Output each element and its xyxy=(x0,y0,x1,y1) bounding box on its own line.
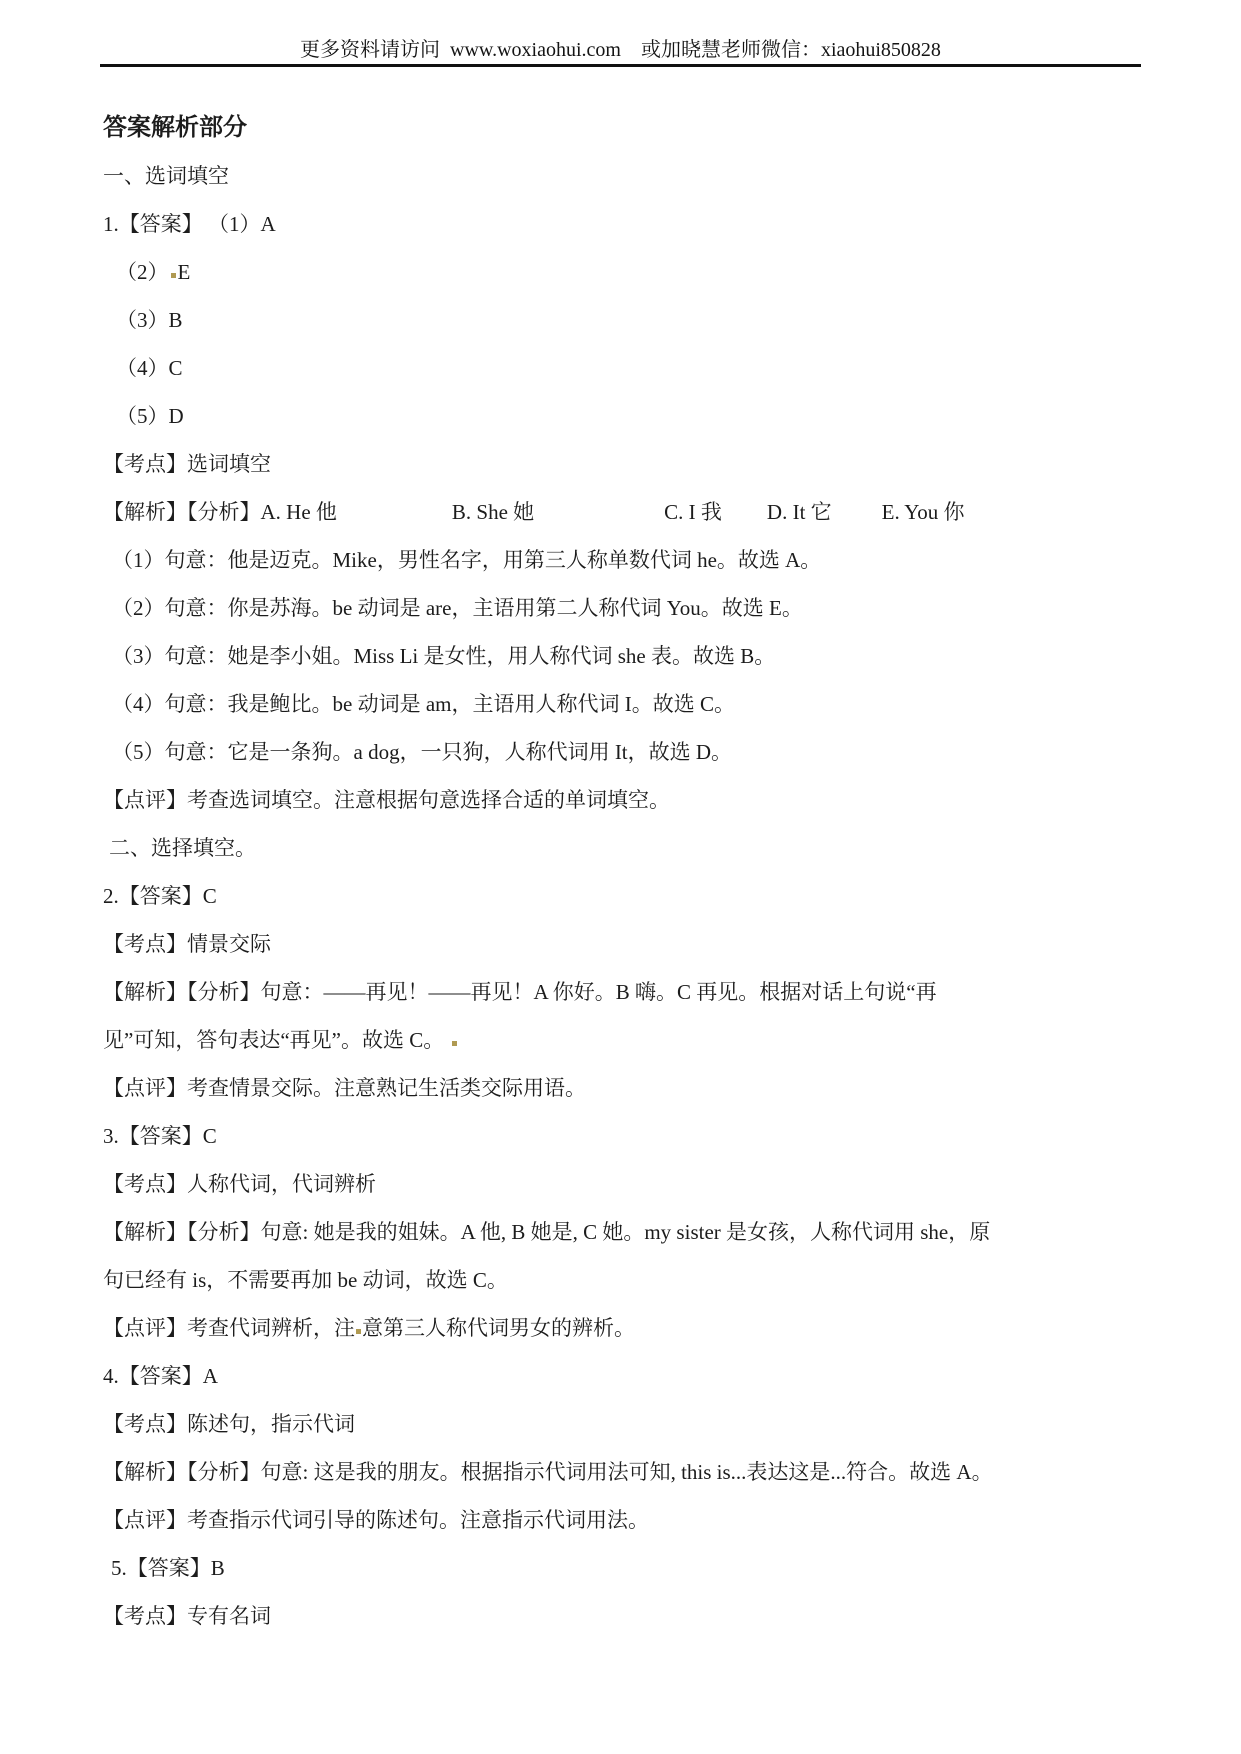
text-segment: 【点评】考查指示代词引导的陈述句。注意指示代词用法。 xyxy=(103,1508,649,1532)
text-segment: （4）C xyxy=(116,356,183,380)
text-segment: 【点评】考查情景交际。注意熟记生活类交际用语。 xyxy=(103,1076,586,1100)
text-segment: 句已经有 is，不需要再加 be 动词，故选 C。 xyxy=(103,1268,508,1292)
text-segment: 【考点】人称代词，代词辨析 xyxy=(103,1172,376,1196)
text-segment: E. You 你 xyxy=(882,500,965,524)
q2-answer: 2.【答案】C xyxy=(103,872,1165,920)
text-segment: 2.【答案】C xyxy=(103,884,217,908)
text-segment: 【点评】考查选词填空。注意根据句意选择合适的单词填空。 xyxy=(103,788,670,812)
q5-kaodian: 【考点】专有名词 xyxy=(103,1592,1165,1640)
q1-dianping: 【点评】考查选词填空。注意根据句意选择合适的单词填空。 xyxy=(103,776,1165,824)
q1-explain-2: （2）句意：你是苏海。be 动词是 are，主语用第二人称代词 You。故选 E… xyxy=(103,584,1165,632)
text-segment: 【点评】考查代词辨析，注 xyxy=(103,1316,355,1340)
text-segment: D. It 它 xyxy=(767,500,832,524)
text-segment: 【考点】专有名词 xyxy=(103,1604,271,1628)
q3-answer: 3.【答案】C xyxy=(103,1112,1165,1160)
document-page: 更多资料请访问 www.woxiaohui.com 或加晓慧老师微信：xiaoh… xyxy=(0,0,1241,1754)
header-rule xyxy=(100,64,1141,67)
artifact-dot xyxy=(452,1041,457,1046)
text-segment: C. I 我 xyxy=(664,500,722,524)
text-segment: 【解析】【分析】句意: 这是我的朋友。根据指示代词用法可知, this is..… xyxy=(103,1460,993,1484)
text-segment: （2） xyxy=(116,260,169,284)
text-segment: 【解析】【分析】句意: 她是我的姐妹。A 他, B 她是, C 她。my sis… xyxy=(103,1220,990,1244)
q1-answer-5: （5）D xyxy=(103,392,1165,440)
text-segment: 5.【答案】B xyxy=(111,1556,225,1580)
q4-kaodian: 【考点】陈述句，指示代词 xyxy=(103,1400,1165,1448)
q2-jiexi-2: 见”可知，答句表达“再见”。故选 C。 xyxy=(103,1016,1165,1064)
text-segment: 【解析】【分析】A. He 他 xyxy=(103,500,337,524)
q1-answer-1: 1.【答案】 （1）A xyxy=(103,200,1165,248)
q4-jiexi: 【解析】【分析】句意: 这是我的朋友。根据指示代词用法可知, this is..… xyxy=(103,1448,1165,1496)
text-segment: （4）句意：我是鲍比。be 动词是 am，主语用人称代词 I。故选 C。 xyxy=(112,692,735,716)
q2-kaodian: 【考点】情景交际 xyxy=(103,920,1165,968)
text-segment: 【考点】选词填空 xyxy=(103,452,271,476)
q4-answer: 4.【答案】A xyxy=(103,1352,1165,1400)
q1-explain-5: （5）句意：它是一条狗。a dog，一只狗，人称代词用 It，故选 D。 xyxy=(103,728,1165,776)
q3-kaodian: 【考点】人称代词，代词辨析 xyxy=(103,1160,1165,1208)
text-segment: 【考点】陈述句，指示代词 xyxy=(103,1412,355,1436)
text-segment: B. She 她 xyxy=(452,500,534,524)
q1-explain-1: （1）句意：他是迈克。Mike，男性名字，用第三人称单数代词 he。故选 A。 xyxy=(103,536,1165,584)
q4-dianping: 【点评】考查指示代词引导的陈述句。注意指示代词用法。 xyxy=(103,1496,1165,1544)
q2-dianping: 【点评】考查情景交际。注意熟记生活类交际用语。 xyxy=(103,1064,1165,1112)
artifact-dot xyxy=(171,273,176,278)
text-segment: 3.【答案】C xyxy=(103,1124,217,1148)
text-segment: （5）句意：它是一条狗。a dog，一只狗，人称代词用 It，故选 D。 xyxy=(112,740,732,764)
q1-explain-3: （3）句意：她是李小姐。Miss Li 是女性，用人称代词 she 表。故选 B… xyxy=(103,632,1165,680)
q1-kaodian: 【考点】选词填空 xyxy=(103,440,1165,488)
text-segment: （5）D xyxy=(116,404,184,428)
q3-jiexi-2: 句已经有 is，不需要再加 be 动词，故选 C。 xyxy=(103,1256,1165,1304)
q3-jiexi-1: 【解析】【分析】句意: 她是我的姐妹。A 他, B 她是, C 她。my sis… xyxy=(103,1208,1165,1256)
page-title: 答案解析部分 xyxy=(103,104,1165,152)
text-segment: （2）句意：你是苏海。be 动词是 are，主语用第二人称代词 You。故选 E… xyxy=(112,596,803,620)
text-segment: 一、选词填空 xyxy=(103,164,229,188)
text-segment: 二、选择填空。 xyxy=(109,836,256,860)
text-segment: E xyxy=(178,260,191,284)
q5-answer: 5.【答案】B xyxy=(103,1544,1165,1592)
q1-jiexi-options: 【解析】【分析】A. He 他B. She 她C. I 我D. It 它E. Y… xyxy=(103,488,1165,536)
artifact-dot xyxy=(356,1329,361,1334)
section-1-heading: 一、选词填空 xyxy=(103,152,1165,200)
q1-answer-3: （3）B xyxy=(103,296,1165,344)
q2-jiexi-1: 【解析】【分析】句意：——再见！——再见！A 你好。B 嗨。C 再见。根据对话上… xyxy=(103,968,1165,1016)
q1-answer-2: （2）E xyxy=(103,248,1165,296)
q1-answer-4: （4）C xyxy=(103,344,1165,392)
text-segment: 意第三人称代词男女的辨析。 xyxy=(362,1316,635,1340)
section-2-heading: 二、选择填空。 xyxy=(103,824,1165,872)
header-notice: 更多资料请访问 www.woxiaohui.com 或加晓慧老师微信：xiaoh… xyxy=(0,33,1241,62)
text-segment: （3）句意：她是李小姐。Miss Li 是女性，用人称代词 she 表。故选 B… xyxy=(112,644,775,668)
text-segment: （1）句意：他是迈克。Mike，男性名字，用第三人称单数代词 he。故选 A。 xyxy=(112,548,821,572)
text-segment: 【考点】情景交际 xyxy=(103,932,271,956)
text-segment: 见”可知，答句表达“再见”。故选 C。 xyxy=(103,1028,444,1052)
q1-explain-4: （4）句意：我是鲍比。be 动词是 am，主语用人称代词 I。故选 C。 xyxy=(103,680,1165,728)
answer-analysis-content: 答案解析部分 一、选词填空1.【答案】 （1）A（2）E（3）B（4）C（5）D… xyxy=(103,104,1165,1640)
text-lines: 一、选词填空1.【答案】 （1）A（2）E（3）B（4）C（5）D【考点】选词填… xyxy=(103,152,1165,1640)
text-segment: （3）B xyxy=(116,308,183,332)
text-segment: 【解析】【分析】句意：——再见！——再见！A 你好。B 嗨。C 再见。根据对话上… xyxy=(103,980,937,1004)
text-segment: 1.【答案】 （1）A xyxy=(103,212,276,236)
text-segment: 4.【答案】A xyxy=(103,1364,218,1388)
q3-dianping: 【点评】考查代词辨析，注意第三人称代词男女的辨析。 xyxy=(103,1304,1165,1352)
